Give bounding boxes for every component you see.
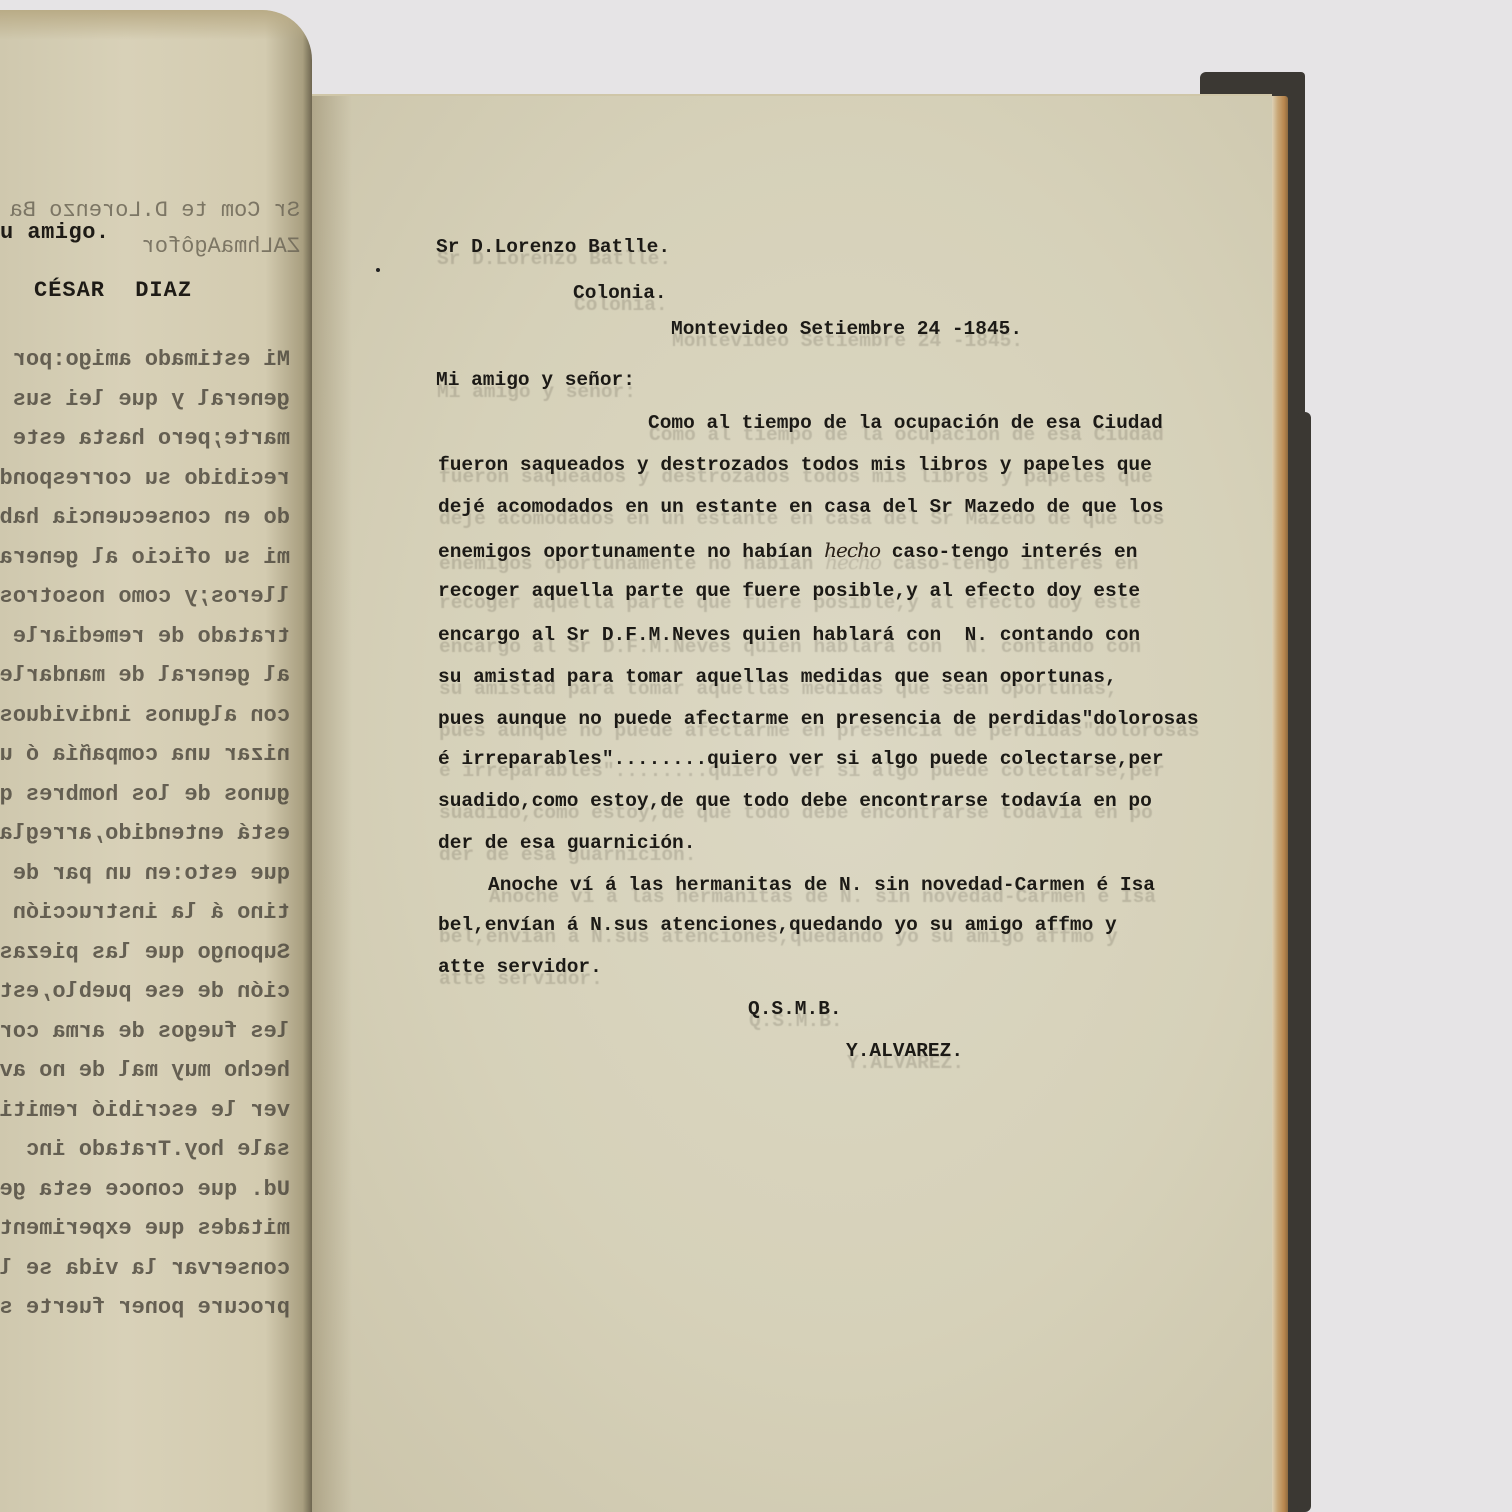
letter-body-line: enemigos oportunamente no habían hecho c…: [438, 538, 1137, 563]
letter-body-line: der de esa guarnición.: [438, 832, 695, 854]
letter-addressee: Sr D.Lorenzo Batlle.: [436, 236, 670, 258]
letter-body-line: fueron saqueados y destrozados todos mis…: [438, 454, 1152, 476]
ink-dot-mark: [376, 268, 380, 272]
letter-salutation: Mi amigo y señor:: [436, 369, 635, 391]
letter-body-line: Anoche ví á las hermanitas de N. sin nov…: [488, 874, 1155, 896]
letter-place-date: Montevideo Setiembre 24 -1845.: [671, 318, 1022, 340]
letter-body-line: recoger aquella parte que fuere posible,…: [438, 580, 1140, 602]
left-page: Sr Com te D.Lorenzo Ba ZALhmaAgôfor u am…: [0, 10, 312, 1512]
letter-body-line: bel,envían á N.sus atenciones,quedando y…: [438, 914, 1117, 936]
left-page-mirrored-text: Mi estimado amigo:por general y que lei …: [0, 340, 290, 1328]
left-page-author: CÉSAR DIAZ: [34, 278, 192, 303]
letter-body-line: dejé acomodados en un estante en casa de…: [438, 496, 1164, 518]
letter-body-line: é irreparables"........quiero ver si alg…: [438, 748, 1164, 770]
letter-body-line: Como al tiempo de la ocupación de esa Ci…: [648, 412, 1163, 434]
letter-closing: Q.S.M.B.: [748, 998, 842, 1020]
left-page-closing-fragment: u amigo.: [0, 220, 110, 245]
letter-body-line: encargo al Sr D.F.M.Neves quien hablará …: [438, 624, 1140, 646]
letter-body-line: pues aunque no puede afectarme en presen…: [438, 708, 1199, 730]
letter-body-line: atte servidor.: [438, 956, 602, 978]
letter-body-line: su amistad para tomar aquellas medidas q…: [438, 666, 1117, 688]
letter-signature: Y.ALVAREZ.: [846, 1040, 963, 1062]
letter-destination: Colonia.: [573, 282, 667, 304]
photo-scene: Sr Com te D.Lorenzo Ba ZALhmaAgôfor u am…: [0, 0, 1512, 1512]
letter-body-line: suadido,como estoy,de que todo debe enco…: [438, 790, 1152, 812]
handwritten-correction: hecho: [824, 538, 880, 562]
